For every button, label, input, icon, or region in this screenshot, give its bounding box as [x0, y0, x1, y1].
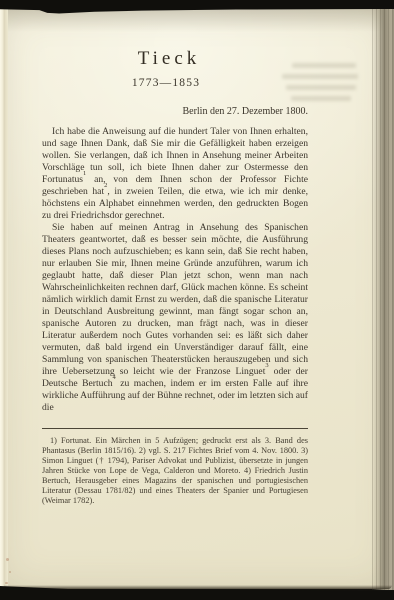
- footnotes-block: 1) Fortunat. Ein Märchen in 5 Aufzügen; …: [42, 436, 308, 506]
- letter-body: Ich habe die Anweisung auf die hundert T…: [42, 126, 308, 414]
- letter-dateline: Berlin den 27. Dezember 1800.: [42, 106, 308, 117]
- letter-paragraph-1: Ich habe die Anweisung auf die hundert T…: [42, 126, 308, 222]
- foxing-speck: [5, 582, 8, 584]
- footnote-marker-2: 2: [104, 182, 107, 189]
- foxing-speck: [9, 571, 11, 573]
- page-right-edge-stack: [372, 8, 394, 590]
- author-years: 1773—1853: [33, 77, 299, 89]
- letter-paragraph-2: Sie haben auf meinen Antrag in Ansehung …: [42, 222, 308, 414]
- footnote-marker-1: 1: [83, 170, 86, 177]
- ink-bleedthrough-mark: [291, 96, 351, 101]
- page-left-edge: [0, 9, 8, 588]
- paragraph-text: Sie haben auf meinen Antrag in Ansehung …: [42, 222, 308, 377]
- footnote-marker-4: 4: [113, 374, 116, 381]
- footnote-marker-3: 3: [265, 362, 268, 369]
- scanned-book-photo: Tieck 1773—1853 Berlin den 27. Dezember …: [0, 0, 394, 600]
- footnote-separator-rule: [42, 428, 308, 429]
- foxing-speck: [6, 558, 9, 561]
- page-title: Tieck: [36, 48, 302, 70]
- page-bottom-edge: [4, 585, 392, 589]
